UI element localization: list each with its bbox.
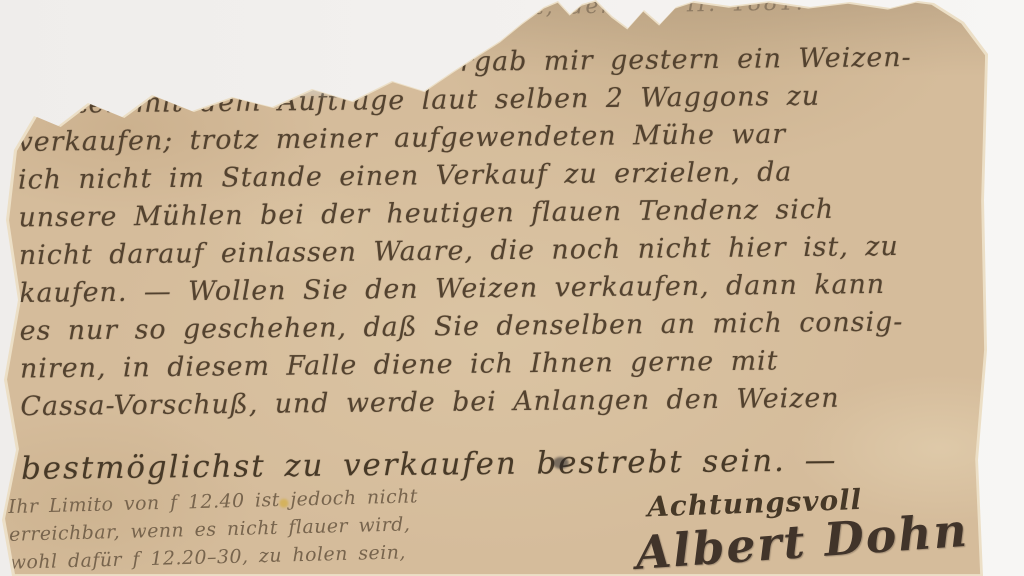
letter-body: Ihr Herr Gemahl übergab mir gestern ein … [17, 38, 978, 487]
scanned-letter-photo: Budapest, den 17. II. 1881. Ihr Herr Gem… [0, 0, 1024, 576]
postscript: Ihr Limito von f 12.40 ist jedoch nicht … [8, 482, 420, 576]
dark-ink-smudge [227, 59, 253, 75]
body-line: bestmöglichst zu verkaufen bestrebt sein… [21, 440, 978, 488]
letter-paper: Budapest, den 17. II. 1881. Ihr Herr Gem… [3, 2, 1021, 575]
